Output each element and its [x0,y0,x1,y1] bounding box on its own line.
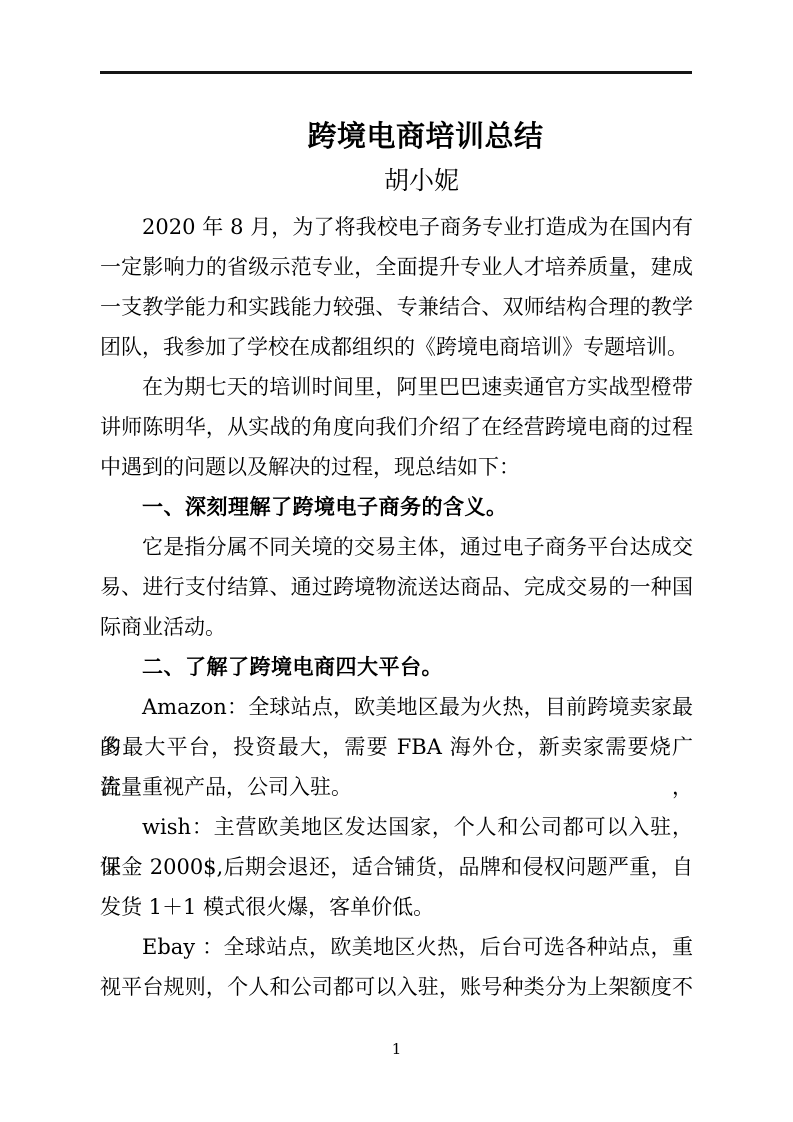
body-line: 易、进行支付结算、通过跨境物流送达商品、完成交易的一种国 [100,567,693,607]
section-heading: 二、了解了跨境电商四大平台。 [100,647,693,687]
document-author: 胡小妮 [100,164,693,198]
header-rule [100,71,692,74]
body-line: 证金 2000$,后期会退还，适合铺货，品牌和侵权问题严重，自 [100,847,693,887]
document-page: 跨境电商培训总结 胡小妮 2020 年 8 月，为了将我校电子商务专业打造成为在… [0,0,793,1122]
body-line: 视平台规则，个人和公司都可以入驻，账号种类分为上架额度不 [100,967,693,1007]
body-line: 中遇到的问题以及解决的过程，现总结如下： [100,447,693,487]
document-body: 2020 年 8 月，为了将我校电子商务专业打造成为在国内有一定影响力的省级示范… [100,207,693,1007]
document-title: 跨境电商培训总结 [100,113,693,159]
body-line: 一支教学能力和实践能力较强、专兼结合、双师结构合理的教学 [100,287,693,327]
body-line: 2020 年 8 月，为了将我校电子商务专业打造成为在国内有 [100,207,693,247]
body-line: 它是指分属不同关境的交易主体，通过电子商务平台达成交 [100,527,693,567]
body-line: Ebay ：全球站点，欧美地区火热，后台可选各种站点，重 [100,927,693,967]
page-number: 1 [0,1038,793,1060]
body-line: 发货 1＋1 模式很火爆，客单价低。 [100,887,693,927]
body-line: wish：主营欧美地区发达国家，个人和公司都可以入驻，保 [100,807,693,847]
body-line: 讲师陈明华，从实战的角度向我们介绍了在经营跨境电商的过程 [100,407,693,447]
body-line: Amazon：全球站点，欧美地区最为火热，目前跨境卖家最多 [100,687,693,727]
body-line: 的最大平台，投资最大，需要 FBA 海外仓，新卖家需要烧广告， [100,727,693,767]
section-heading: 一、深刻理解了跨境电子商务的含义。 [100,487,693,527]
body-line: 在为期七天的培训时间里，阿里巴巴速卖通官方实战型橙带 [100,367,693,407]
body-line: 团队，我参加了学校在成都组织的《跨境电商培训》专题培训。 [100,327,693,367]
body-line: 一定影响力的省级示范专业，全面提升专业人才培养质量，建成 [100,247,693,287]
body-line: 际商业活动。 [100,607,693,647]
